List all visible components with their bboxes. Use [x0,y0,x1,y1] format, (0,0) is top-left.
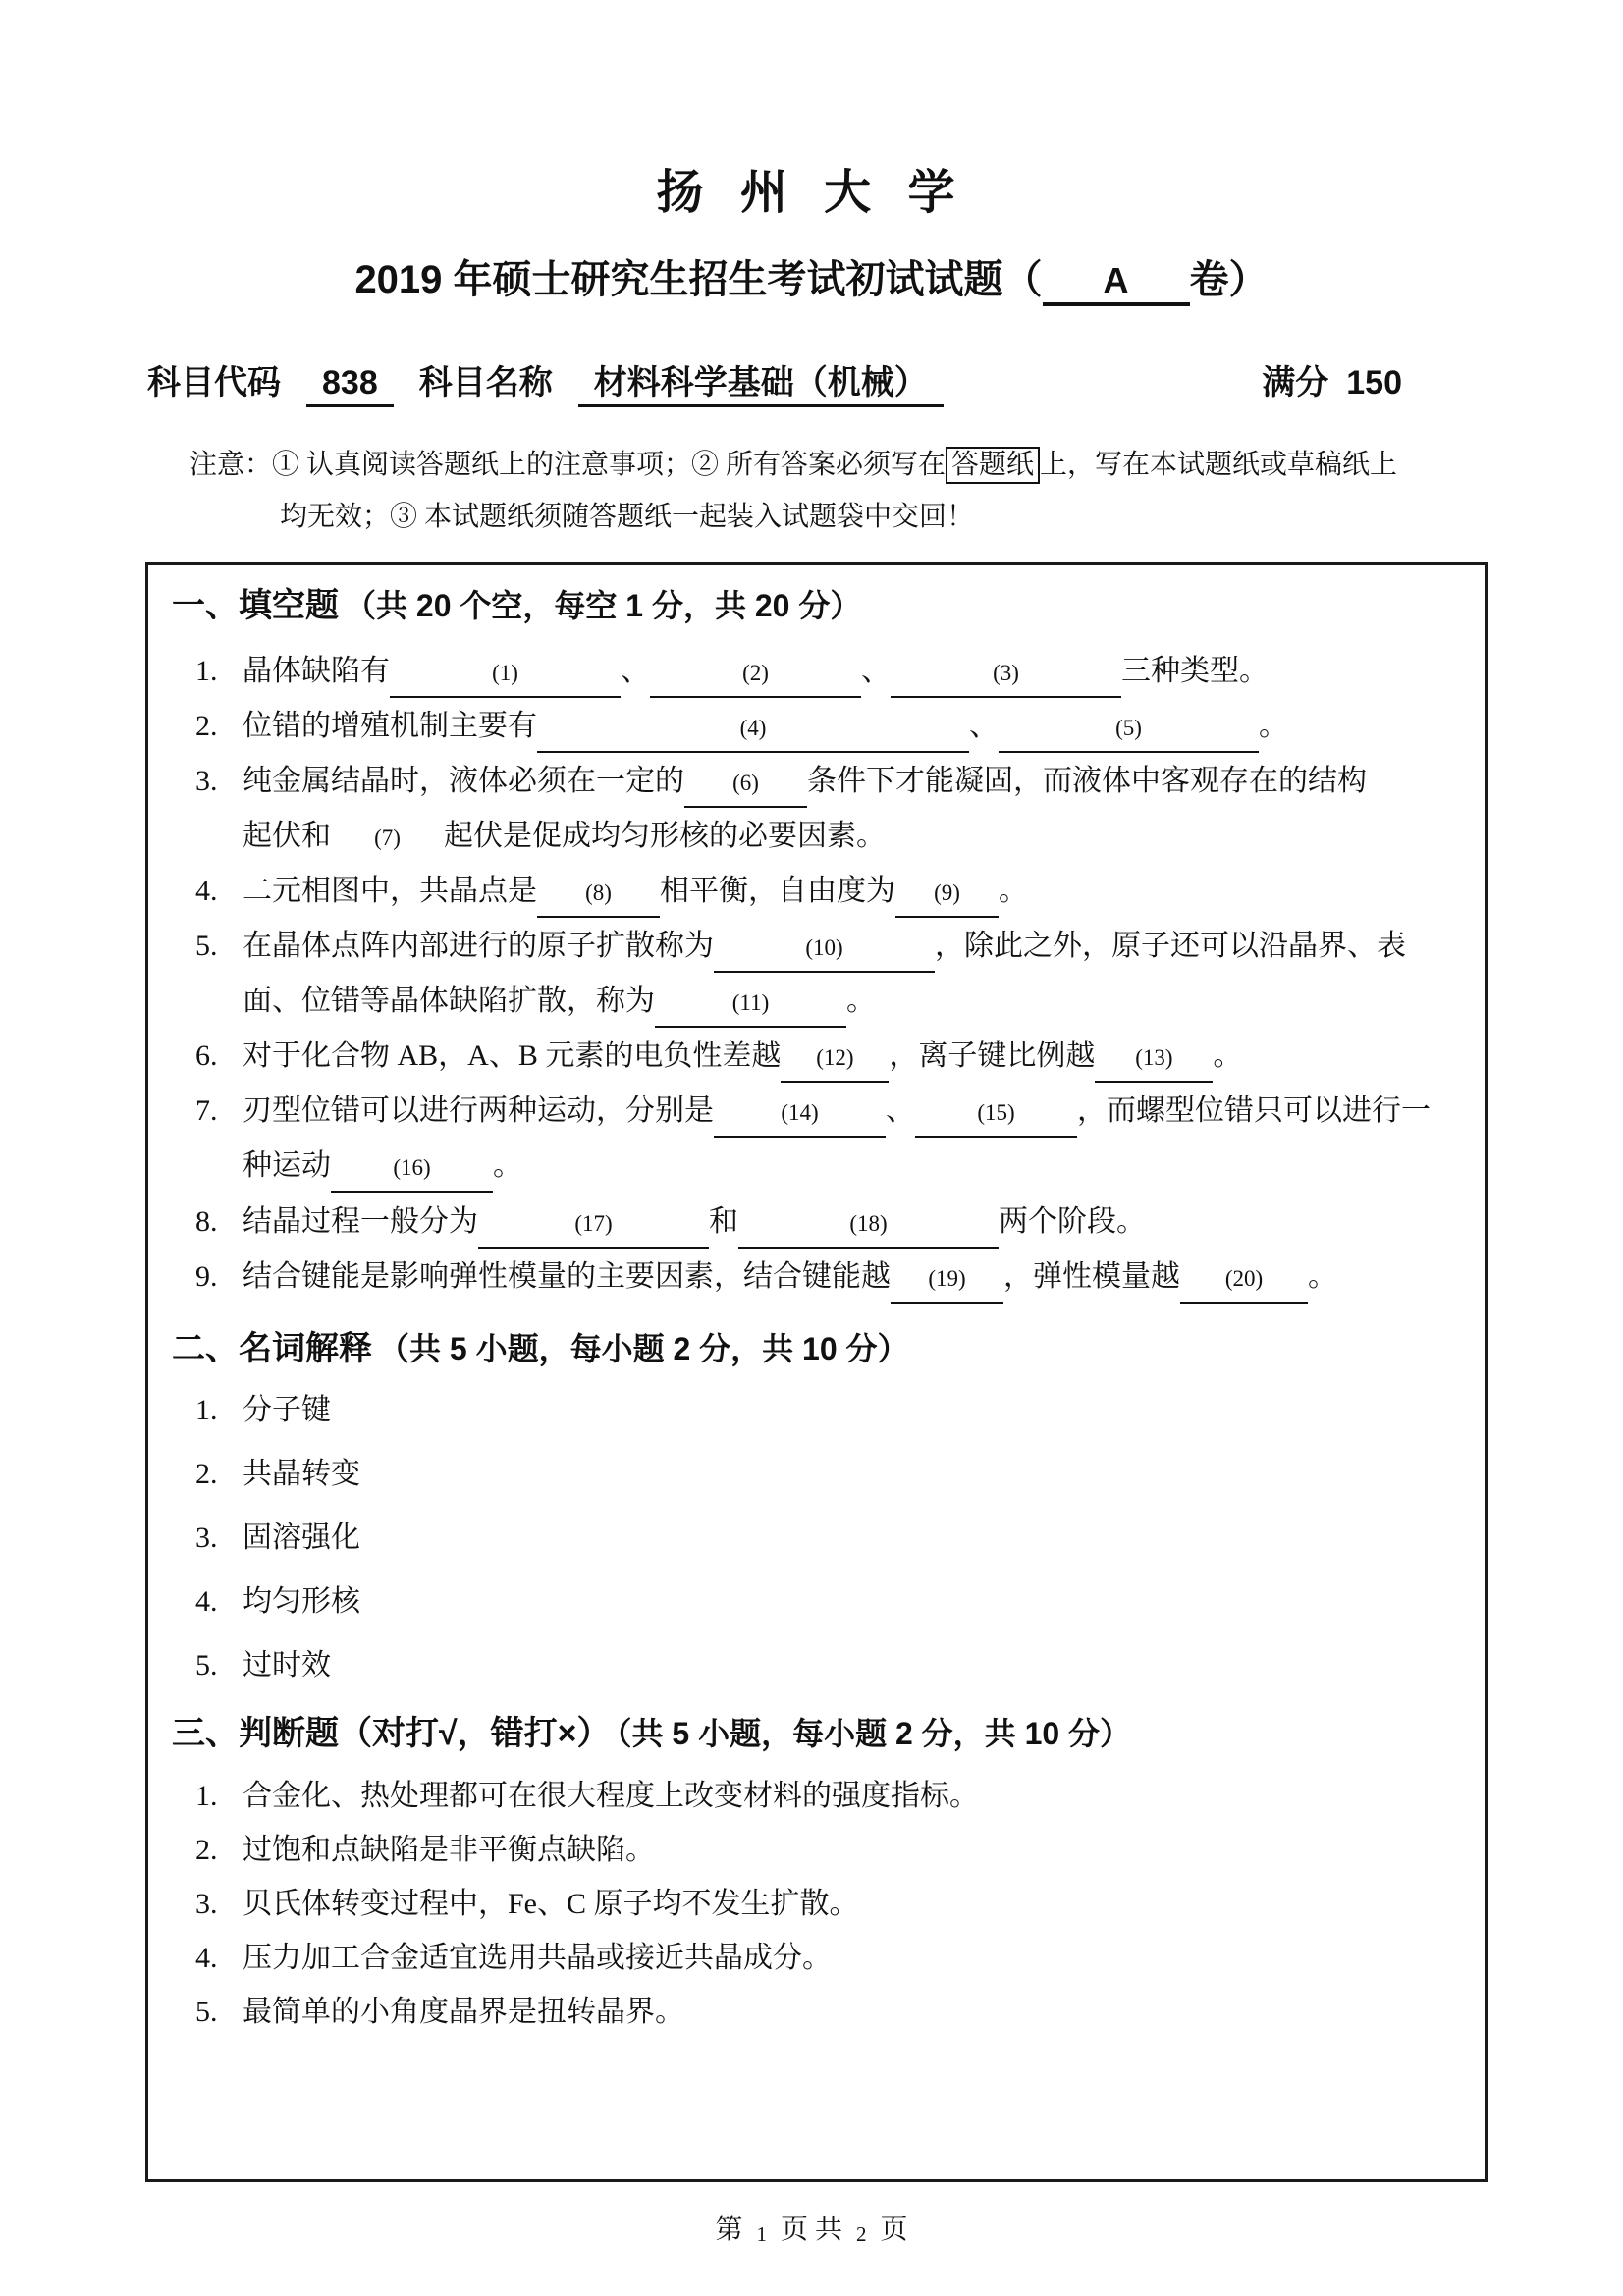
question-text: 最简单的小角度晶界是扭转晶界。 [243,1996,684,2028]
section-judge-note: （共 5 小题，每小题 2 分，共 10 分） [617,1716,1132,1751]
question-text: 。 [1213,1040,1242,1072]
answer-blank: (17) [478,1202,709,1249]
question-number: 6. [195,1029,243,1084]
fill-question-list: 1.晶体缺陷有(1)、(2)、(3)三种类型。2.位错的增殖机制主要有(4)、(… [172,644,1445,1305]
questions-box: 一、填空题（共 20 个空，每空 1 分，共 20 分） 1.晶体缺陷有(1)、… [145,562,1488,2182]
question-text: 固溶强化 [243,1522,360,1554]
answer-blank: (3) [891,652,1121,698]
answer-blank: (14) [714,1092,886,1138]
subject-meta: 科目代码838科目名称材料科学基础（机械） [147,355,969,403]
question-item: 7.刃型位错可以进行两种运动，分别是(14)、(15)，而螺型位错只可以进行一种… [172,1084,1445,1194]
question-text: 面、位错等晶体缺陷扩散，称为 [243,985,655,1017]
subject-code-label: 科目代码 [147,364,281,401]
subject-name-value: 材料科学基础（机械） [578,364,944,407]
question-text: ，离子键比例越 [889,1040,1095,1072]
question-text: ，而螺型位错只可以进行一 [1077,1095,1431,1127]
answer-blank: (11) [655,982,846,1028]
question-text: 位错的增殖机制主要有 [243,710,537,742]
subject-code-value: 838 [306,364,394,407]
notice-block: 注意：① 认真阅读答题纸上的注意事项；② 所有答案必须写在答题纸上，写在本试题纸… [189,439,1515,543]
question-item: 1.合金化、热处理都可在很大程度上改变材料的强度指标。 [172,1774,1445,1818]
answer-blank: (6) [684,762,807,808]
question-item: 4.压力加工合金适宜选用共晶或接近共晶成分。 [172,1936,1445,1980]
question-text: 刃型位错可以进行两种运动，分别是 [243,1095,714,1127]
question-number: 3. [195,754,243,809]
question-number: 1. [195,1774,243,1818]
question-text: 分子键 [243,1394,331,1426]
page-footer: 第1页 共2页 [0,2208,1623,2247]
answer-blank: (7) [331,817,444,861]
score-label: 满分 [1262,364,1328,401]
question-number: 1. [195,644,243,699]
question-number: 5. [195,1643,243,1687]
question-text: 相平衡，自由度为 [660,875,895,907]
question-item: 6.对于化合物 AB，A、B 元素的电负性差越(12)，离子键比例越(13)。 [172,1029,1445,1084]
question-item: 3.纯金属结晶时，液体必须在一定的(6)条件下才能凝固，而液体中客观存在的结构起… [172,754,1445,864]
question-text: 三种类型。 [1121,655,1269,687]
question-text: 结合键能是影响弹性模量的主要因素，结合键能越 [243,1260,891,1293]
question-item: 5.过时效 [172,1643,1445,1687]
question-number: 7. [195,1084,243,1139]
question-text: ，弹性模量越 [1003,1260,1180,1293]
question-number: 4. [195,1936,243,1980]
question-text: 、 [969,710,999,742]
answer-blank: (18) [738,1202,999,1249]
question-text: 和 [709,1205,738,1238]
question-text: 。 [999,875,1028,907]
notice-label: 注意： [189,450,272,480]
section-fill-title: 一、填空题 [172,587,339,624]
question-item: 4.二元相图中，共晶点是(8)相平衡，自由度为(9)。 [172,864,1445,919]
question-item: 4.均匀形核 [172,1579,1445,1624]
answer-blank: (20) [1180,1257,1308,1304]
question-text: 。 [1259,710,1288,742]
answer-blank: (9) [895,872,999,918]
question-item: 5.最简单的小角度晶界是扭转晶界。 [172,1990,1445,2034]
answer-blank: (19) [891,1257,1003,1304]
section-fill-note: （共 20 个空，每空 1 分，共 20 分） [345,588,861,623]
question-text: 条件下才能凝固，而液体中客观存在的结构 [807,765,1367,797]
section-terms-note: （共 5 小题，每小题 2 分，共 10 分） [378,1331,909,1366]
total-score: 满分150 [1244,355,1402,403]
question-text: 、 [861,655,891,687]
question-number: 8. [195,1195,243,1250]
exam-title-prefix: 2019 年硕士研究生招生考试初试试题（ [354,258,1042,301]
question-item: 9.结合键能是影响弹性模量的主要因素，结合键能越(19)，弹性模量越(20)。 [172,1250,1445,1305]
question-item: 5.在晶体点阵内部进行的原子扩散称为(10)，除此之外，原子还可以沿晶界、表面、… [172,919,1445,1029]
footer-mid: 页 共 [781,2215,842,2245]
question-item: 2.过饱和点缺陷是非平衡点缺陷。 [172,1828,1445,1872]
question-number: 1. [195,1388,243,1432]
question-item: 2.共晶转变 [172,1452,1445,1496]
score-value: 150 [1346,364,1402,401]
question-text: 起伏和 [243,820,331,852]
answer-blank: (8) [537,872,660,918]
question-number: 5. [195,919,243,974]
meta-row: 科目代码838科目名称材料科学基础（机械） 满分150 [147,355,1402,403]
question-text: 二元相图中，共晶点是 [243,875,537,907]
footer-pre: 第 [715,2215,742,2245]
notice-text-b: 上，写在本试题纸或草稿纸上 [1040,450,1397,480]
question-text: 两个阶段。 [999,1205,1146,1238]
question-number: 2. [195,1828,243,1872]
question-text: ，除此之外，原子还可以沿晶界、表 [935,930,1406,962]
judge-question-list: 1.合金化、热处理都可在很大程度上改变材料的强度指标。2.过饱和点缺陷是非平衡点… [172,1774,1445,2034]
exam-variant-blank: A [1043,258,1190,306]
answer-blank: (16) [331,1147,493,1193]
question-number: 5. [195,1990,243,2034]
answer-blank: (12) [781,1037,889,1083]
section-terms-heading: 二、名词解释（共 5 小题，每小题 2 分，共 10 分） [172,1326,1445,1373]
question-number: 3. [195,1516,243,1560]
question-text: 对于化合物 AB，A、B 元素的电负性差越 [243,1040,781,1072]
notice-line-2: 均无效；③ 本试题纸须随答题纸一起装入试题袋中交回！ [189,491,1515,543]
question-text: 过饱和点缺陷是非平衡点缺陷。 [243,1834,655,1866]
question-number: 4. [195,1579,243,1624]
question-item: 3.贝氏体转变过程中，Fe、C 原子均不发生扩散。 [172,1882,1445,1926]
answer-blank: (13) [1095,1037,1213,1083]
footer-suf: 页 [881,2215,908,2245]
question-text: 共晶转变 [243,1458,360,1490]
footer-page-number: 1 [756,2222,767,2246]
question-text: 在晶体点阵内部进行的原子扩散称为 [243,930,714,962]
question-text: 晶体缺陷有 [243,655,390,687]
question-number: 4. [195,864,243,919]
question-text: 合金化、热处理都可在很大程度上改变材料的强度指标。 [243,1780,979,1812]
question-number: 9. [195,1250,243,1305]
question-text: 。 [846,985,876,1017]
section-fill-heading: 一、填空题（共 20 个空，每空 1 分，共 20 分） [172,583,1445,630]
university-title: 扬 州 大 学 [0,165,1623,222]
section-judge-heading: 三、判断题（对打√，错打×）（共 5 小题，每小题 2 分，共 10 分） [172,1711,1445,1758]
subject-name-label: 科目名称 [419,364,553,401]
notice-line-1: 注意：① 认真阅读答题纸上的注意事项；② 所有答案必须写在答题纸上，写在本试题纸… [189,439,1515,491]
question-text: 、 [886,1095,915,1127]
question-item: 2.位错的增殖机制主要有(4)、(5)。 [172,699,1445,754]
boxed-answer-sheet-word: 答题纸 [946,447,1040,484]
section-terms-title: 二、名词解释 [172,1330,372,1367]
answer-blank: (2) [650,652,861,698]
answer-blank: (15) [915,1092,1077,1138]
question-item: 1.分子键 [172,1388,1445,1432]
question-text: 贝氏体转变过程中，Fe、C 原子均不发生扩散。 [243,1888,859,1920]
notice-text-a: ① 认真阅读答题纸上的注意事项；② 所有答案必须写在 [272,450,946,480]
exam-paper-page: 扬 州 大 学 2019 年硕士研究生招生考试初试试题（A卷） 科目代码838科… [0,0,1623,2296]
answer-blank: (5) [999,707,1259,753]
exam-title: 2019 年硕士研究生招生考试初试试题（A卷） [0,255,1623,306]
question-text: 种运动 [243,1149,331,1182]
question-text: 压力加工合金适宜选用共晶或接近共晶成分。 [243,1942,832,1974]
question-text: 起伏是促成均匀形核的必要因素。 [444,820,886,852]
question-text: 、 [621,655,650,687]
question-text: 结晶过程一般分为 [243,1205,478,1238]
answer-blank: (4) [537,707,969,753]
exam-title-suffix: 卷） [1190,258,1269,301]
question-number: 2. [195,699,243,754]
question-item: 8.结晶过程一般分为(17)和(18)两个阶段。 [172,1195,1445,1250]
question-text: 。 [493,1149,522,1182]
answer-blank: (10) [714,927,935,973]
answer-blank: (1) [390,652,621,698]
question-text: 。 [1308,1260,1337,1293]
section-judge-title: 三、判断题（对打√，错打×） [172,1715,611,1752]
exam-variant-letter: A [1104,260,1129,300]
question-item: 3.固溶强化 [172,1516,1445,1560]
term-question-list: 1.分子键2.共晶转变3.固溶强化4.均匀形核5.过时效 [172,1388,1445,1687]
question-text: 过时效 [243,1649,331,1682]
footer-total-pages: 2 [856,2222,867,2246]
question-text: 均匀形核 [243,1585,360,1618]
question-text: 纯金属结晶时，液体必须在一定的 [243,765,684,797]
question-number: 3. [195,1882,243,1926]
question-number: 2. [195,1452,243,1496]
question-item: 1.晶体缺陷有(1)、(2)、(3)三种类型。 [172,644,1445,699]
